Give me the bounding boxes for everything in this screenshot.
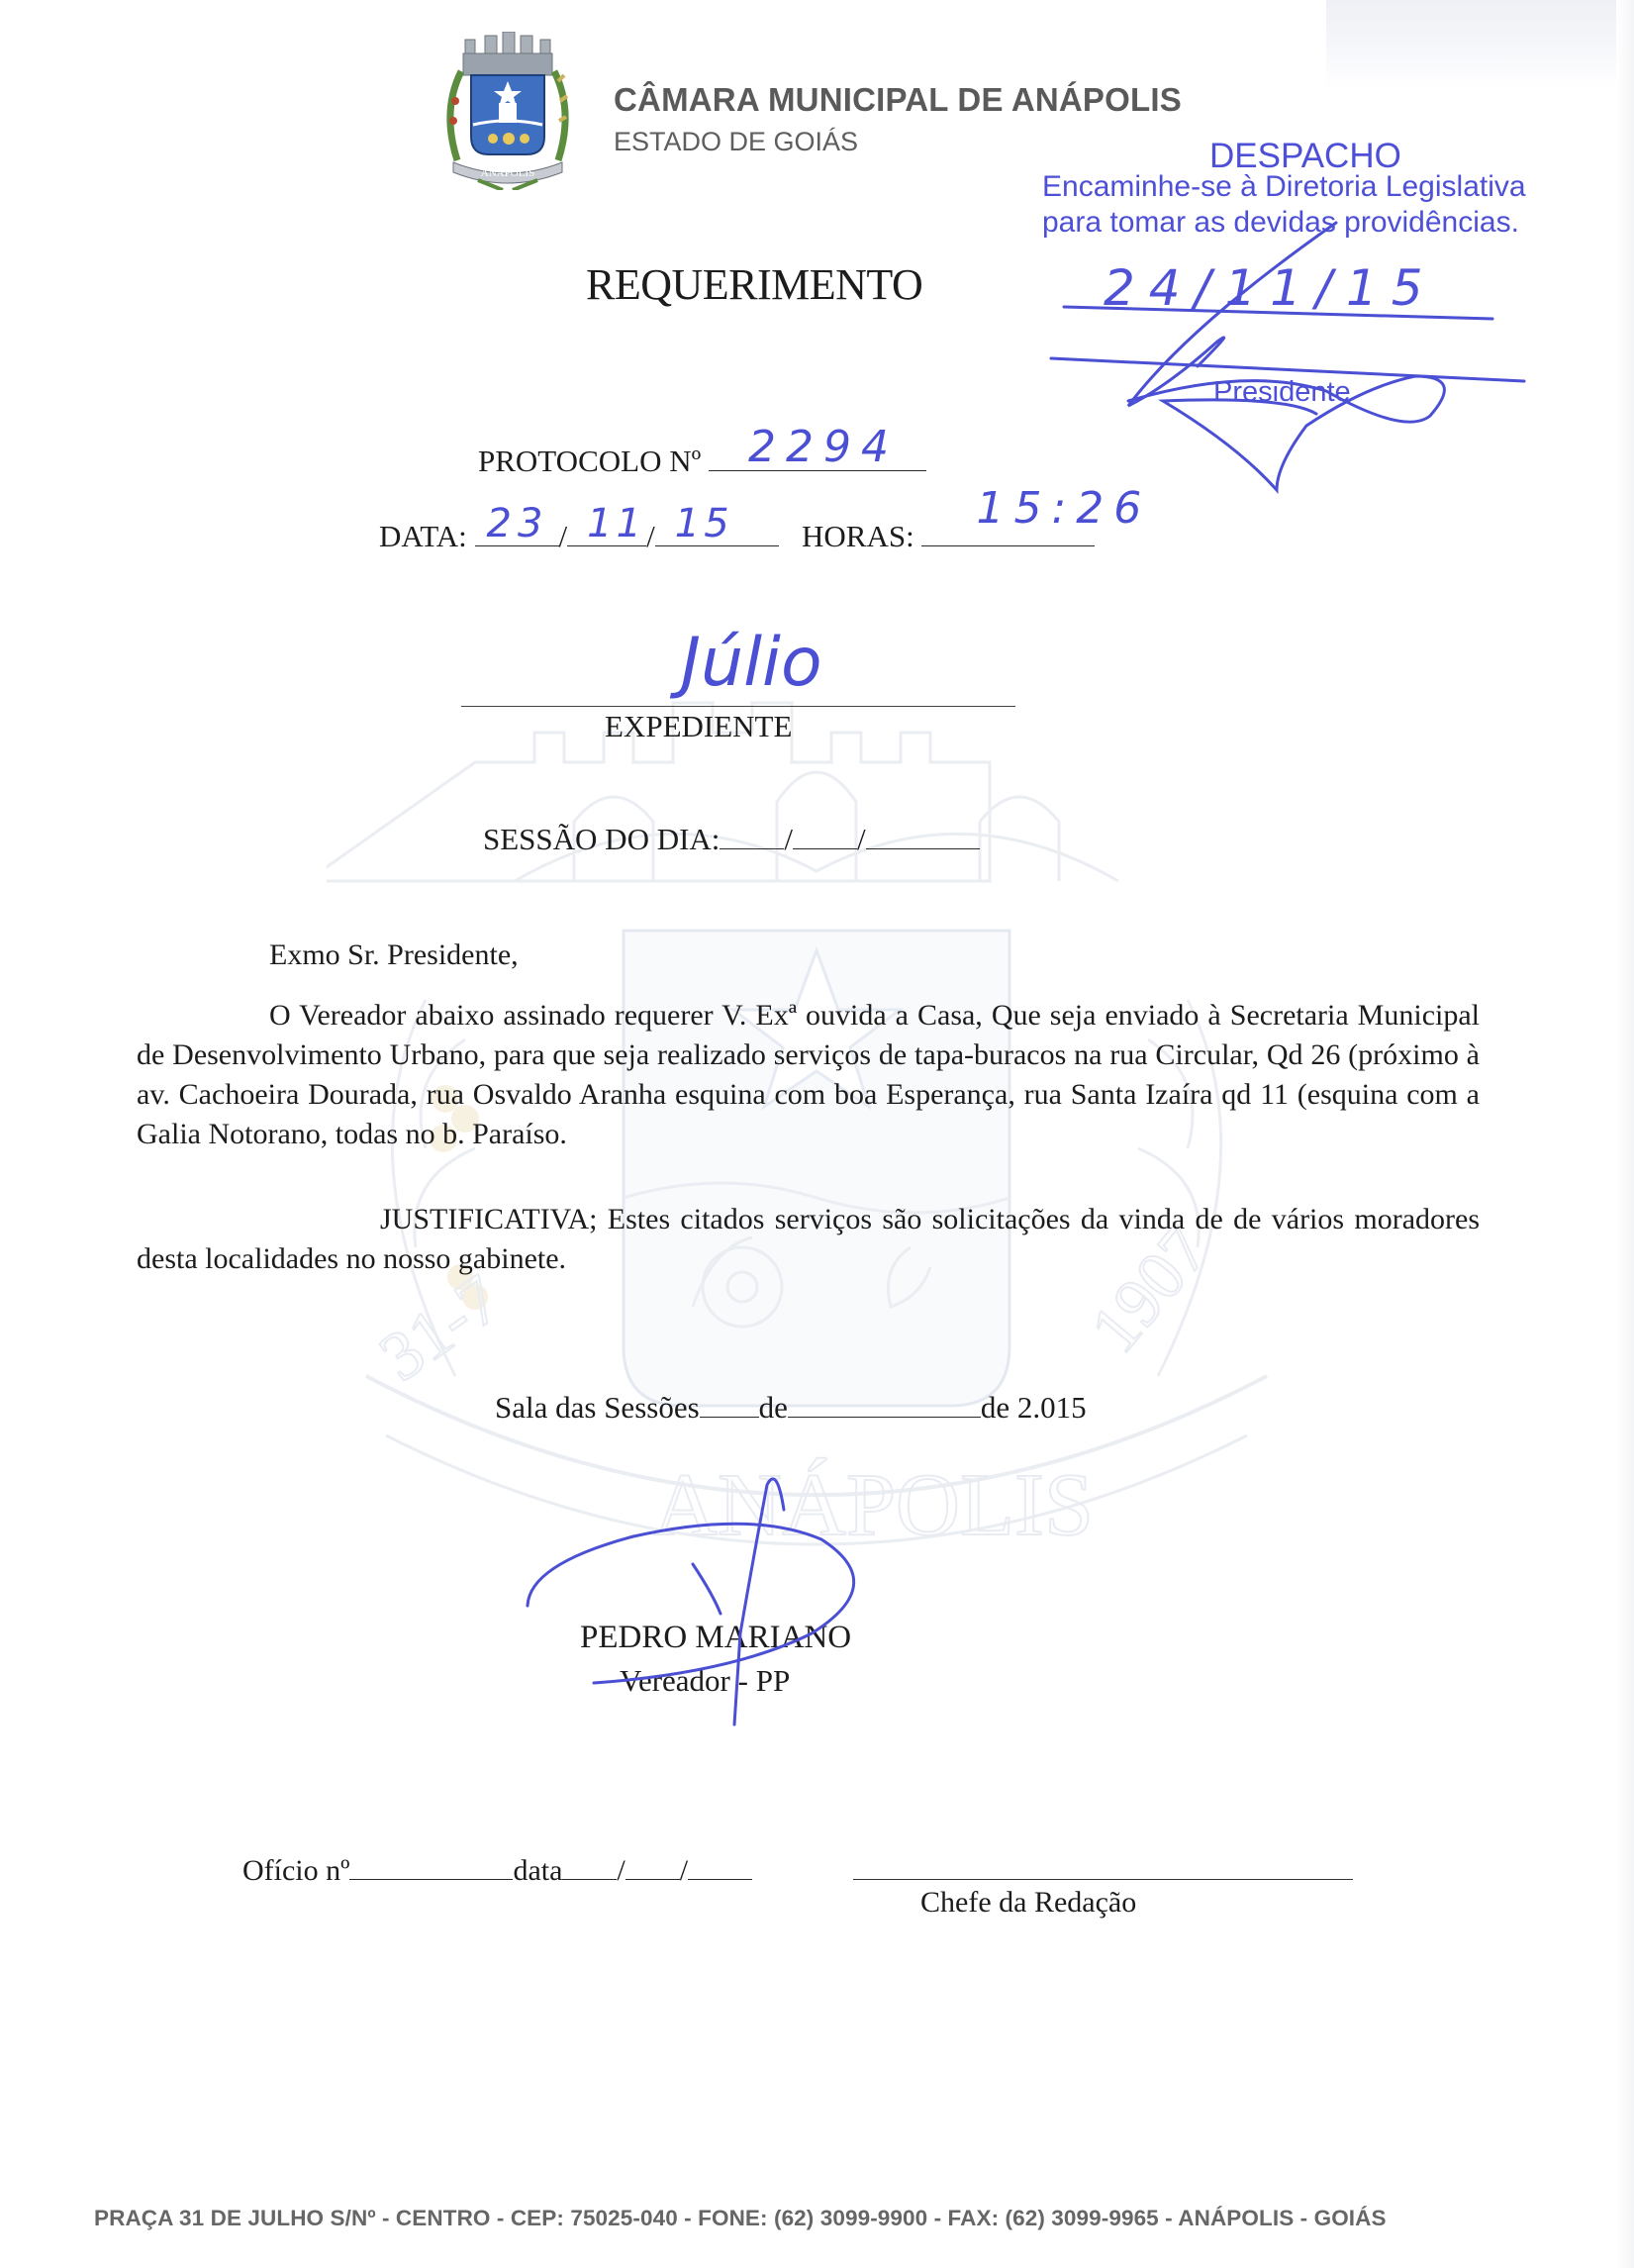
horas-label: HORAS: <box>802 519 914 553</box>
expediente-line <box>461 706 1015 707</box>
stamp-instruction-line-1: Encaminhe-se à Diretoria Legislativa <box>1042 170 1526 204</box>
svg-text:31-7: 31-7 <box>366 1261 514 1397</box>
protocolo-line: 2294 <box>709 469 926 471</box>
sala-label: Sala das Sessões <box>495 1390 700 1425</box>
data-month-line: 11 <box>567 544 646 546</box>
footer-address: PRAÇA 31 DE JULHO S/Nº - CENTRO - CEP: 7… <box>94 2206 1387 2231</box>
chefe-signature-line <box>853 1879 1353 1880</box>
sala-day-line <box>700 1416 759 1418</box>
sala-das-sessoes: Sala das Sessõesdede 2.015 <box>495 1390 1087 1426</box>
justificativa: JUSTIFICATIVA; Estes citados serviços sã… <box>137 1200 1480 1279</box>
expediente-label: EXPEDIENTE <box>605 709 792 744</box>
stamp-signature-label: Presidente <box>1213 376 1351 409</box>
stamp-handwritten-date: 24/11/15 <box>1104 259 1437 317</box>
sessao-month-line <box>793 847 857 849</box>
signer-name: PEDRO MARIANO <box>580 1620 851 1656</box>
data-field: DATA: 23 / 11 / 15 <box>379 519 779 554</box>
data-year-value: 15 <box>675 501 733 546</box>
oficio-month-line <box>625 1878 680 1880</box>
horas-field: HORAS: 15:26 <box>802 519 1095 554</box>
sala-year: de 2.015 <box>981 1390 1087 1425</box>
oficio-year-line <box>688 1878 752 1880</box>
crest-logo: ANÁPOLIS <box>433 32 582 190</box>
organization-state: ESTADO DE GOIÁS <box>614 127 858 157</box>
sala-de: de <box>759 1390 788 1425</box>
scan-shading <box>1326 0 1634 89</box>
document-title: REQUERIMENTO <box>586 259 922 310</box>
horas-line: 15:26 <box>921 544 1095 546</box>
data-day-value: 23 <box>487 501 549 546</box>
sessao-field: SESSÃO DO DIA:// <box>483 822 980 857</box>
horas-value: 15:26 <box>976 483 1151 534</box>
protocolo-field: PROTOCOLO Nº 2294 <box>478 444 926 479</box>
oficio-label: Ofício nº <box>242 1854 349 1887</box>
svg-text:ANÁPOLIS: ANÁPOLIS <box>653 1456 1094 1554</box>
stamp-instruction-line-2: para tomar as devidas providências. <box>1042 206 1519 240</box>
oficio-field: Ofício nºdata// <box>242 1854 752 1888</box>
data-year-line: 15 <box>655 544 779 546</box>
data-day-line: 23 <box>475 544 559 546</box>
expediente-signature: Júlio <box>681 624 822 702</box>
sessao-label: SESSÃO DO DIA: <box>483 822 720 856</box>
oficio-day-line <box>562 1878 617 1880</box>
protocolo-label: PROTOCOLO Nº <box>478 444 701 478</box>
organization-name: CÂMARA MUNICIPAL DE ANÁPOLIS <box>614 81 1182 119</box>
protocolo-value: 2294 <box>748 422 899 472</box>
sala-month-line <box>788 1416 981 1418</box>
svg-text:ANÁPOLIS: ANÁPOLIS <box>481 167 534 179</box>
sessao-day-line <box>720 847 784 849</box>
salutation: Exmo Sr. Presidente, <box>269 938 519 972</box>
sessao-year-line <box>866 847 980 849</box>
data-label: DATA: <box>379 519 467 553</box>
chefe-label: Chefe da Redação <box>920 1886 1136 1920</box>
request-body: O Vereador abaixo assinado requerer V. E… <box>137 996 1480 1154</box>
data-month-value: 11 <box>587 501 645 546</box>
signer-role: Vereador - PP <box>620 1663 790 1699</box>
scan-edge <box>1616 0 1634 2268</box>
oficio-number-line <box>349 1878 513 1880</box>
oficio-data-label: data <box>513 1854 562 1887</box>
